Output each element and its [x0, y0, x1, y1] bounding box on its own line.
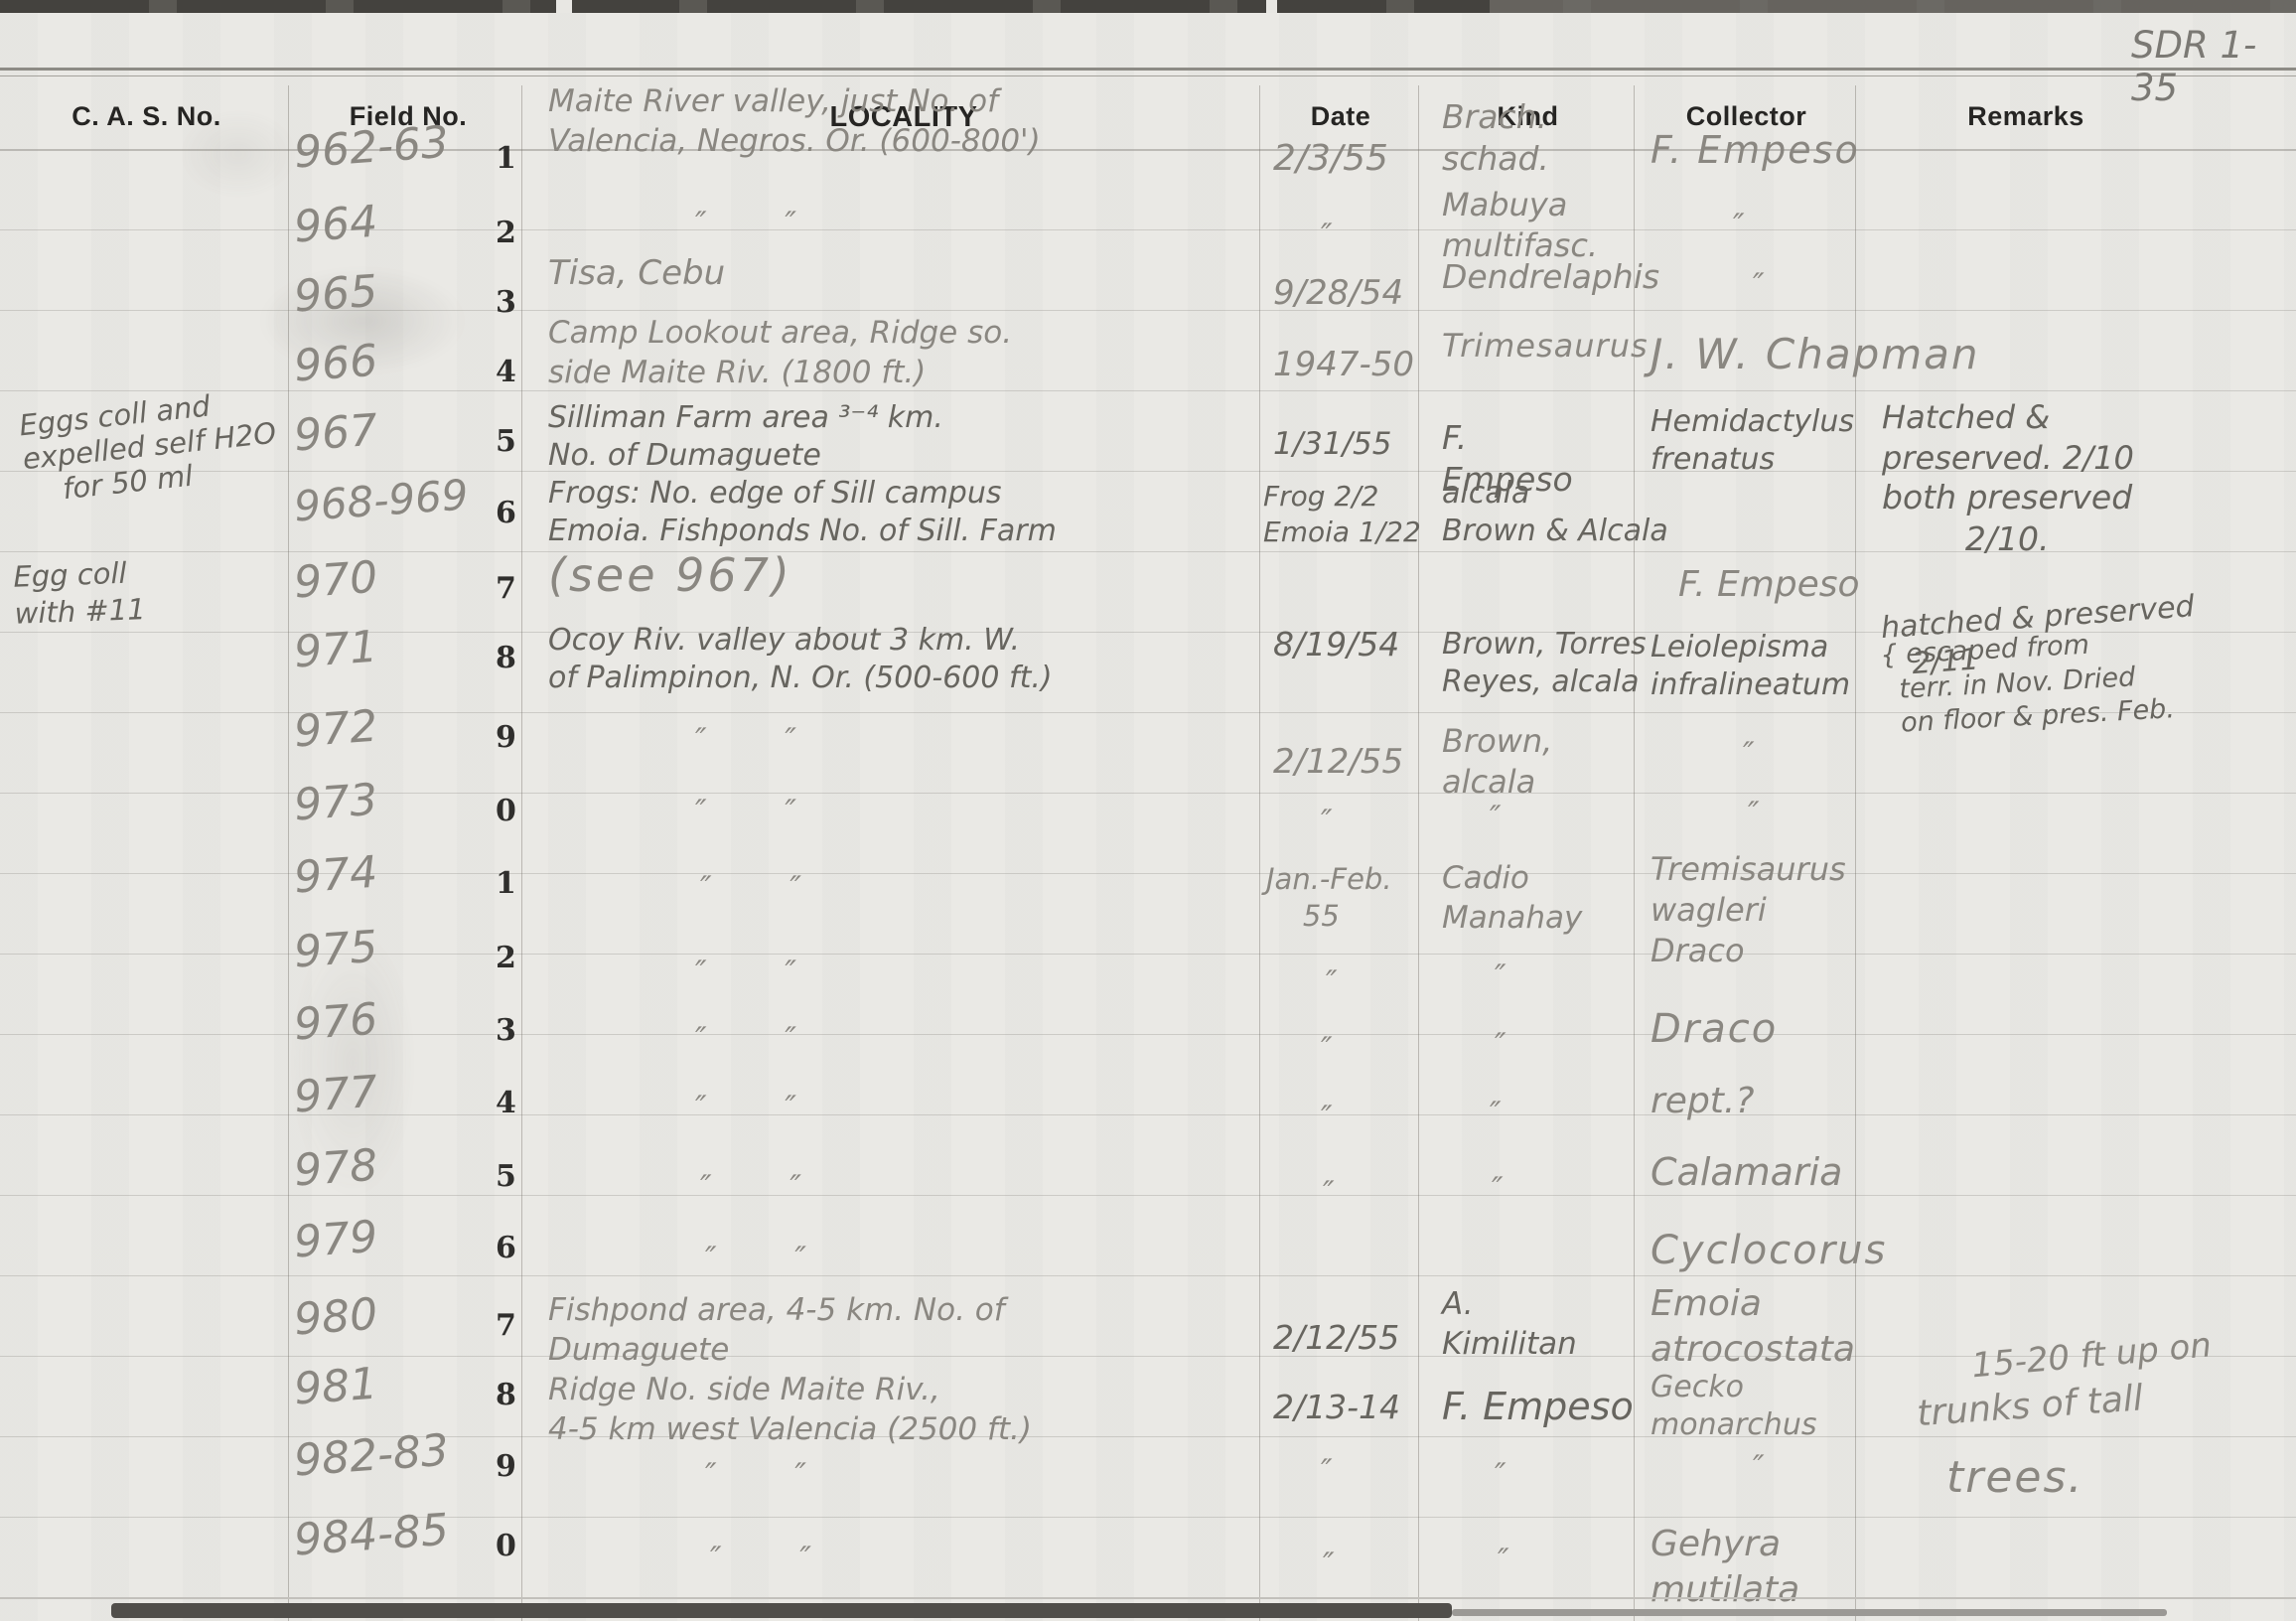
collector: Leiolepisma infralineatum: [1650, 629, 1894, 705]
date: 2/12/55: [1273, 1317, 1424, 1359]
date: Jan.-Feb. 55: [1266, 861, 1430, 935]
top-rule-thick: [0, 68, 2296, 71]
line-number: 7: [496, 1307, 535, 1345]
line-number: 1: [496, 140, 535, 178]
kind: ″: [1490, 799, 1693, 838]
locality: ″ ″: [700, 1168, 1411, 1208]
date: ″: [1321, 1099, 1472, 1138]
locality: ″ ″: [695, 793, 1406, 832]
collector: ″: [1743, 735, 1986, 775]
line-number: 6: [496, 1230, 535, 1267]
locality: Fishpond area, 4-5 km. No. of Dumaguete: [548, 1291, 1259, 1370]
line-number: 2: [496, 215, 535, 252]
date: ″: [1323, 1174, 1474, 1214]
kind: alcala Brown & Alcala: [1442, 475, 1770, 551]
date: 8/19/54: [1273, 624, 1424, 665]
line-number: 0: [496, 793, 535, 830]
locality: ″ ″: [695, 954, 1406, 993]
remarks: { escaped from terr. in Nov. Dried on fl…: [1880, 618, 2287, 742]
kind: Dendrelaphis: [1442, 256, 1700, 298]
scan-edge-top-fade: [1490, 0, 2296, 13]
line-number: 2: [496, 940, 535, 977]
line-number: 9: [496, 1448, 535, 1486]
column-header-date: Date: [1263, 101, 1418, 132]
locality: ″ ″: [705, 1456, 1416, 1496]
locality: (see 967): [548, 546, 1259, 605]
column-header-remarks: Remarks: [1922, 101, 2130, 132]
remarks: Hatched & preserved. 2/10: [1882, 397, 2284, 479]
kind: Mabuya multifasc.: [1442, 185, 1646, 266]
date: 2/12/55: [1273, 741, 1424, 785]
ledger-sheet: C. A. S. No. Field No. LOCALITY Date Kin…: [0, 0, 2296, 1621]
collector: rept.?: [1650, 1079, 1894, 1124]
date: 9/28/54: [1273, 272, 1424, 316]
date: 2/13-14: [1273, 1387, 1424, 1428]
date: 1/31/55: [1273, 425, 1424, 465]
date: ″: [1321, 1030, 1472, 1070]
date: Frog 2/2 Emoia 1/22: [1263, 479, 1437, 550]
locality: ″ ″: [695, 205, 1406, 244]
line-number: 3: [496, 284, 535, 322]
collector: Cyclocorus: [1650, 1226, 1968, 1276]
cas-note: Egg coll with #11: [13, 549, 283, 633]
line-number: 5: [496, 1158, 535, 1196]
line-number: 1: [496, 865, 535, 903]
line-number: 6: [496, 495, 535, 532]
line-number: 4: [496, 354, 535, 391]
scan-edge-gap: [556, 0, 572, 13]
page-code: SDR 1-35: [2131, 24, 2296, 109]
locality: Ocoy Riv. valley about 3 km. W. of Palim…: [548, 622, 1259, 698]
date: ″: [1321, 1452, 1472, 1492]
paper-bottom-edge: [0, 1597, 2296, 1599]
line-number: 3: [496, 1012, 535, 1050]
column-divider: [1259, 85, 1260, 1621]
locality: Camp Lookout area, Ridge so. side Maite …: [548, 314, 1259, 392]
kind: ″: [1495, 958, 1698, 997]
collector: J. W. Chapman: [1650, 328, 2078, 381]
collector: ″: [1748, 795, 1991, 834]
locality: ″ ″: [710, 1540, 1421, 1579]
date: ″: [1321, 803, 1472, 842]
line-number: 8: [496, 640, 535, 677]
kind: Brach. schad.: [1442, 96, 1646, 180]
date: ″: [1323, 1546, 1474, 1585]
collector: F. Empeso: [1650, 126, 1929, 175]
collector: Calamaria: [1650, 1148, 1894, 1197]
kind: Brown, alcala: [1442, 721, 1646, 803]
collector: ″: [1753, 266, 1996, 306]
collector: Hemidactylus frenatus: [1650, 403, 1894, 480]
line-number: 8: [496, 1377, 535, 1414]
kind: ″: [1495, 1456, 1698, 1496]
locality: ″ ″: [695, 1020, 1406, 1060]
date: ″: [1326, 963, 1477, 1003]
collector: Draco: [1650, 1004, 1894, 1055]
line-number: 5: [496, 423, 535, 461]
collector: Emoia atrocostata: [1650, 1281, 1958, 1373]
kind: Cadio Manahay: [1442, 859, 1646, 938]
remarks: trees.: [1946, 1450, 2296, 1506]
line-number: 0: [496, 1528, 535, 1565]
top-rule-thin: [0, 75, 2296, 76]
scan-edge-bottom-light: [1452, 1609, 2167, 1616]
collector: Gehyra mutilata: [1650, 1522, 1894, 1613]
line-number: 9: [496, 719, 535, 757]
line-number: 7: [496, 570, 535, 608]
scan-edge-gap: [1266, 0, 1277, 13]
column-header-cas-no: C. A. S. No.: [40, 101, 253, 132]
locality: ″ ″: [695, 1089, 1406, 1128]
kind: Brown, Torres Reyes, alcala: [1442, 626, 1675, 702]
locality: Tisa, Cebu: [548, 252, 1259, 296]
collector: Tremisaurus wagleri Draco: [1650, 849, 1958, 971]
scan-edge-bottom: [111, 1603, 1452, 1618]
collector: F. Empeso: [1678, 562, 1976, 608]
collector: ″: [1733, 207, 1976, 246]
locality: Ridge No. side Maite Riv., 4-5 km west V…: [548, 1371, 1259, 1449]
remarks: both preserved 2/10.: [1882, 477, 2284, 560]
kind: Trimesaurus: [1442, 326, 1670, 367]
collector: Gecko monarchus: [1650, 1369, 1894, 1445]
date: 1947-50: [1273, 344, 1424, 387]
locality: Frogs: No. edge of Sill campus Emoia. Fi…: [548, 475, 1259, 551]
locality: ″ ″: [705, 1240, 1416, 1279]
locality: Silliman Farm area ³⁻⁴ km. No. of Dumagu…: [548, 399, 1259, 476]
locality: Maite River valley, just No. of Valencia…: [548, 82, 1259, 161]
date: 2/3/55: [1273, 136, 1424, 182]
line-number: 4: [496, 1085, 535, 1122]
kind: A. Kimilitan: [1442, 1285, 1665, 1364]
